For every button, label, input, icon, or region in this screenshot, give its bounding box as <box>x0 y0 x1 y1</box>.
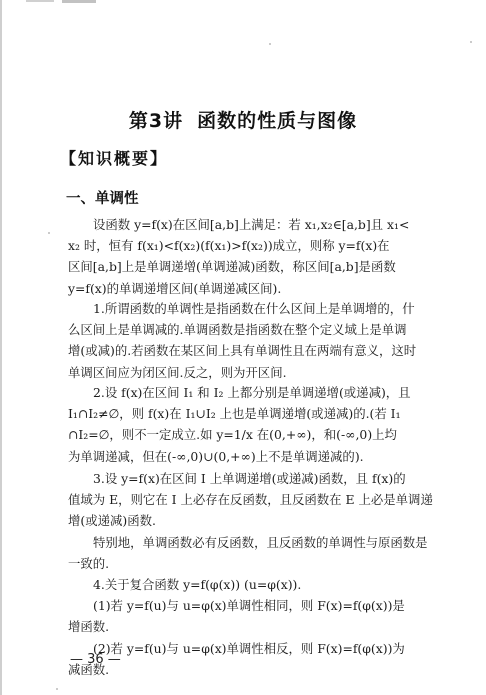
page-number: — 36 — <box>70 652 121 667</box>
page-edge <box>0 0 2 695</box>
text-line: 4.关于复合函数 y=f(φ(x)) (u=φ(x)). <box>68 574 440 595</box>
scan-speck <box>48 232 50 234</box>
text-line: 区间[a,b]上是单调递增(单调递减)函数，称区间[a,b]是函数 <box>68 256 440 277</box>
text-line: 2.设 f(x)在区间 I₁ 和 I₂ 上都分别是单调递增(或递减)，且 <box>68 382 440 403</box>
note-1-paragraph: 1.所谓函数的单调性是指函数在什么区间上是单调增的，什 么区间上是单调减的.单调… <box>68 298 440 383</box>
note-3-paragraph: 3.设 y=f(x)在区间 I 上单调递增(或递减)函数，且 f(x)的 值域为… <box>68 468 440 574</box>
text-line: 为单调递减，但在(-∞,0)∪(0,+∞)上不是单调递减的). <box>68 446 440 467</box>
lecture-subtitle: 函数的性质与图像 <box>197 110 357 132</box>
text-line: x₂ 时，恒有 f(x₁)<f(x₂)(f(x₁)>f(x₂))成立，则称 y=… <box>68 235 440 256</box>
text-line: 特别地，单调函数必有反函数，且反函数的单调性与原函数是 <box>68 532 440 553</box>
text-line: 增(或减)的.若函数在某区间上具有单调性且在两端有意义，这时 <box>68 340 440 361</box>
note-2-paragraph: 2.设 f(x)在区间 I₁ 和 I₂ 上都分别是单调递增(或递减)，且 I₁∩… <box>68 382 440 467</box>
text-line: 减函数. <box>68 659 440 680</box>
subsection-heading: 一、单调性 <box>66 187 139 208</box>
scan-mark <box>62 0 96 3</box>
text-line: I₁∩I₂≠∅，则 f(x)在 I₁∪I₂ 上也是单调递增(或递减)的.(若 I… <box>68 403 440 424</box>
text-line: y=f(x)的单调递增区间(单调递减区间). <box>68 278 440 299</box>
text-line: 设函数 y=f(x)在区间[a,b]上满足：若 x₁,x₂∈[a,b]且 x₁< <box>68 214 440 235</box>
lecture-number: 第3讲 <box>129 110 183 132</box>
text-line: 增(或递减)函数. <box>68 510 440 531</box>
lecture-title: 第3讲函数的性质与图像 <box>0 106 486 133</box>
text-line: (1)若 y=f(u)与 u=φ(x)单调性相同，则 F(x)=f(φ(x))是 <box>68 595 440 616</box>
scan-speck <box>470 41 472 43</box>
text-line: 一致的. <box>68 553 440 574</box>
text-line: ∩I₂=∅，则不一定成立.如 y=1/x 在(0,+∞)，和(-∞,0)上均 <box>68 424 440 445</box>
note-4-paragraph: 4.关于复合函数 y=f(φ(x)) (u=φ(x)). (1)若 y=f(u)… <box>68 574 440 680</box>
scan-mark <box>26 0 54 2</box>
text-line: (2)若 y=f(u)与 u=φ(x)单调性相反，则 F(x)=f(φ(x))为 <box>68 638 440 659</box>
section-heading: 【知识概要】 <box>60 146 168 169</box>
text-line: 么区间上是单调减的.单调函数是指函数在整个定义域上是单调 <box>68 319 440 340</box>
scan-speck <box>269 43 271 45</box>
text-line: 增函数. <box>68 616 440 637</box>
text-line: 值域为 E，则它在 I 上必存在反函数，且反函数在 E 上必是单调递 <box>68 489 440 510</box>
definition-paragraph: 设函数 y=f(x)在区间[a,b]上满足：若 x₁,x₂∈[a,b]且 x₁<… <box>68 214 440 299</box>
text-line: 单调区间应为闭区间.反之，则为开区间. <box>68 362 440 383</box>
scan-speck <box>56 688 58 690</box>
text-line: 1.所谓函数的单调性是指函数在什么区间上是单调增的，什 <box>68 298 440 319</box>
text-line: 3.设 y=f(x)在区间 I 上单调递增(或递减)函数，且 f(x)的 <box>68 468 440 489</box>
